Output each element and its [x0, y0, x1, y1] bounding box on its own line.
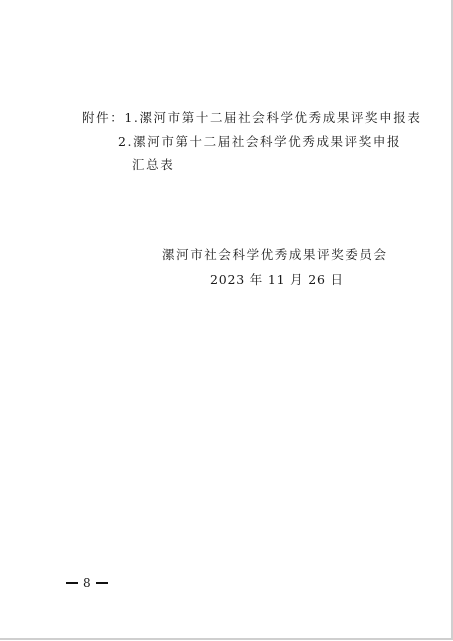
attachment-text-continuation: 汇总表 [132, 157, 174, 172]
attachment-number: 1. [124, 110, 139, 125]
attachment-item-1: 附件：1.漯河市第十二届社会科学优秀成果评奖申报表 [82, 110, 421, 126]
page-number-footer: 8 [66, 575, 108, 591]
signing-organization: 漯河市社会科学优秀成果评奖委员会 [162, 247, 388, 263]
attachment-text: 漯河市第十二届社会科学优秀成果评奖申报表 [139, 110, 421, 125]
page-number: 8 [83, 575, 91, 591]
attachment-item-2-continuation: 汇总表 [132, 157, 174, 173]
attachment-item-2: 2.漯河市第十二届社会科学优秀成果评奖申报 [118, 134, 401, 150]
attachment-label: 附件： [82, 110, 124, 125]
dash-right-icon [96, 582, 108, 584]
document-page: 附件：1.漯河市第十二届社会科学优秀成果评奖申报表 2.漯河市第十二届社会科学优… [0, 0, 453, 640]
dash-left-icon [66, 582, 78, 584]
signing-date: 2023 年 11 月 26 日 [210, 272, 344, 288]
attachment-text: 漯河市第十二届社会科学优秀成果评奖申报 [133, 134, 401, 149]
attachment-number: 2. [118, 134, 133, 149]
